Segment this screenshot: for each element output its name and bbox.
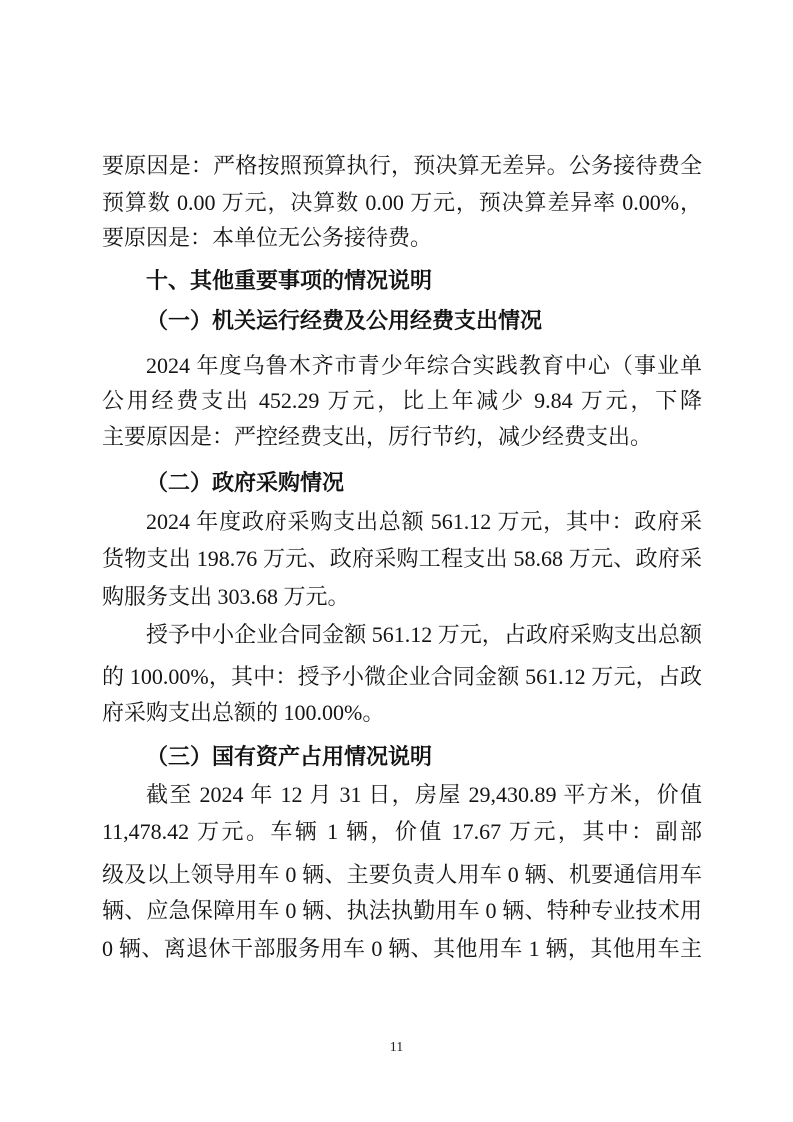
document-page: 要原因是：严格按照预算执行，预决算无差异。公务接待费全年 预算数 0.00 万元… (0, 0, 793, 1122)
body-line: 要原因是：严格按照预算执行，预决算无差异。公务接待费全年 (102, 147, 702, 185)
subsection-heading: （一）机关运行经费及公用经费支出情况 (102, 302, 702, 340)
body-line: 要原因是：本单位无公务接待费。 (102, 219, 702, 257)
body-line: 辆、应急保障用车 0 辆、执法执勤用车 0 辆、特种专业技术用车 (102, 892, 702, 930)
body-line: 2024 年度政府采购支出总额 561.12 万元，其中：政府采购 (102, 503, 702, 541)
body-line: 货物支出 198.76 万元、政府采购工程支出 58.68 万元、政府采 (102, 540, 702, 578)
subsection-heading: （二）政府采购情况 (102, 464, 702, 502)
body-line: 截至 2024 年 12 月 31 日，房屋 29,430.89 平方米，价值 (102, 776, 702, 814)
body-line: 购服务支出 303.68 万元。 (102, 578, 702, 616)
body-line: 公用经费支出 452.29 万元，比上年减少 9.84 万元，下降 2.13%， (102, 382, 702, 420)
body-line: 授予中小企业合同金额 561.12 万元，占政府采购支出总额 (102, 616, 702, 654)
body-line: 府采购支出总额的 100.00%。 (102, 694, 702, 732)
body-line: 11,478.42 万元。车辆 1 辆，价值 17.67 万元，其中：副部（省） (102, 813, 702, 851)
body-line: 预算数 0.00 万元，决算数 0.00 万元，预决算差异率 0.00%，主 (102, 184, 702, 222)
body-line: 的 100.00%，其中：授予小微企业合同金额 561.12 万元，占政 (102, 658, 702, 696)
body-line: 主要原因是：严控经费支出，厉行节约，减少经费支出。 (102, 418, 702, 456)
subsection-heading: （三）国有资产占用情况说明 (102, 738, 702, 776)
body-line: 2024 年度乌鲁木齐市青少年综合实践教育中心（事业单位） (102, 347, 702, 385)
body-line: 0 辆、离退休干部服务用车 0 辆、其他用车 1 辆，其他用车主要 (102, 930, 702, 968)
section-heading: 十、其他重要事项的情况说明 (102, 262, 702, 300)
page-number: 11 (0, 1036, 793, 1060)
body-line: 级及以上领导用车 0 辆、主要负责人用车 0 辆、机要通信用车 0 (102, 856, 702, 894)
